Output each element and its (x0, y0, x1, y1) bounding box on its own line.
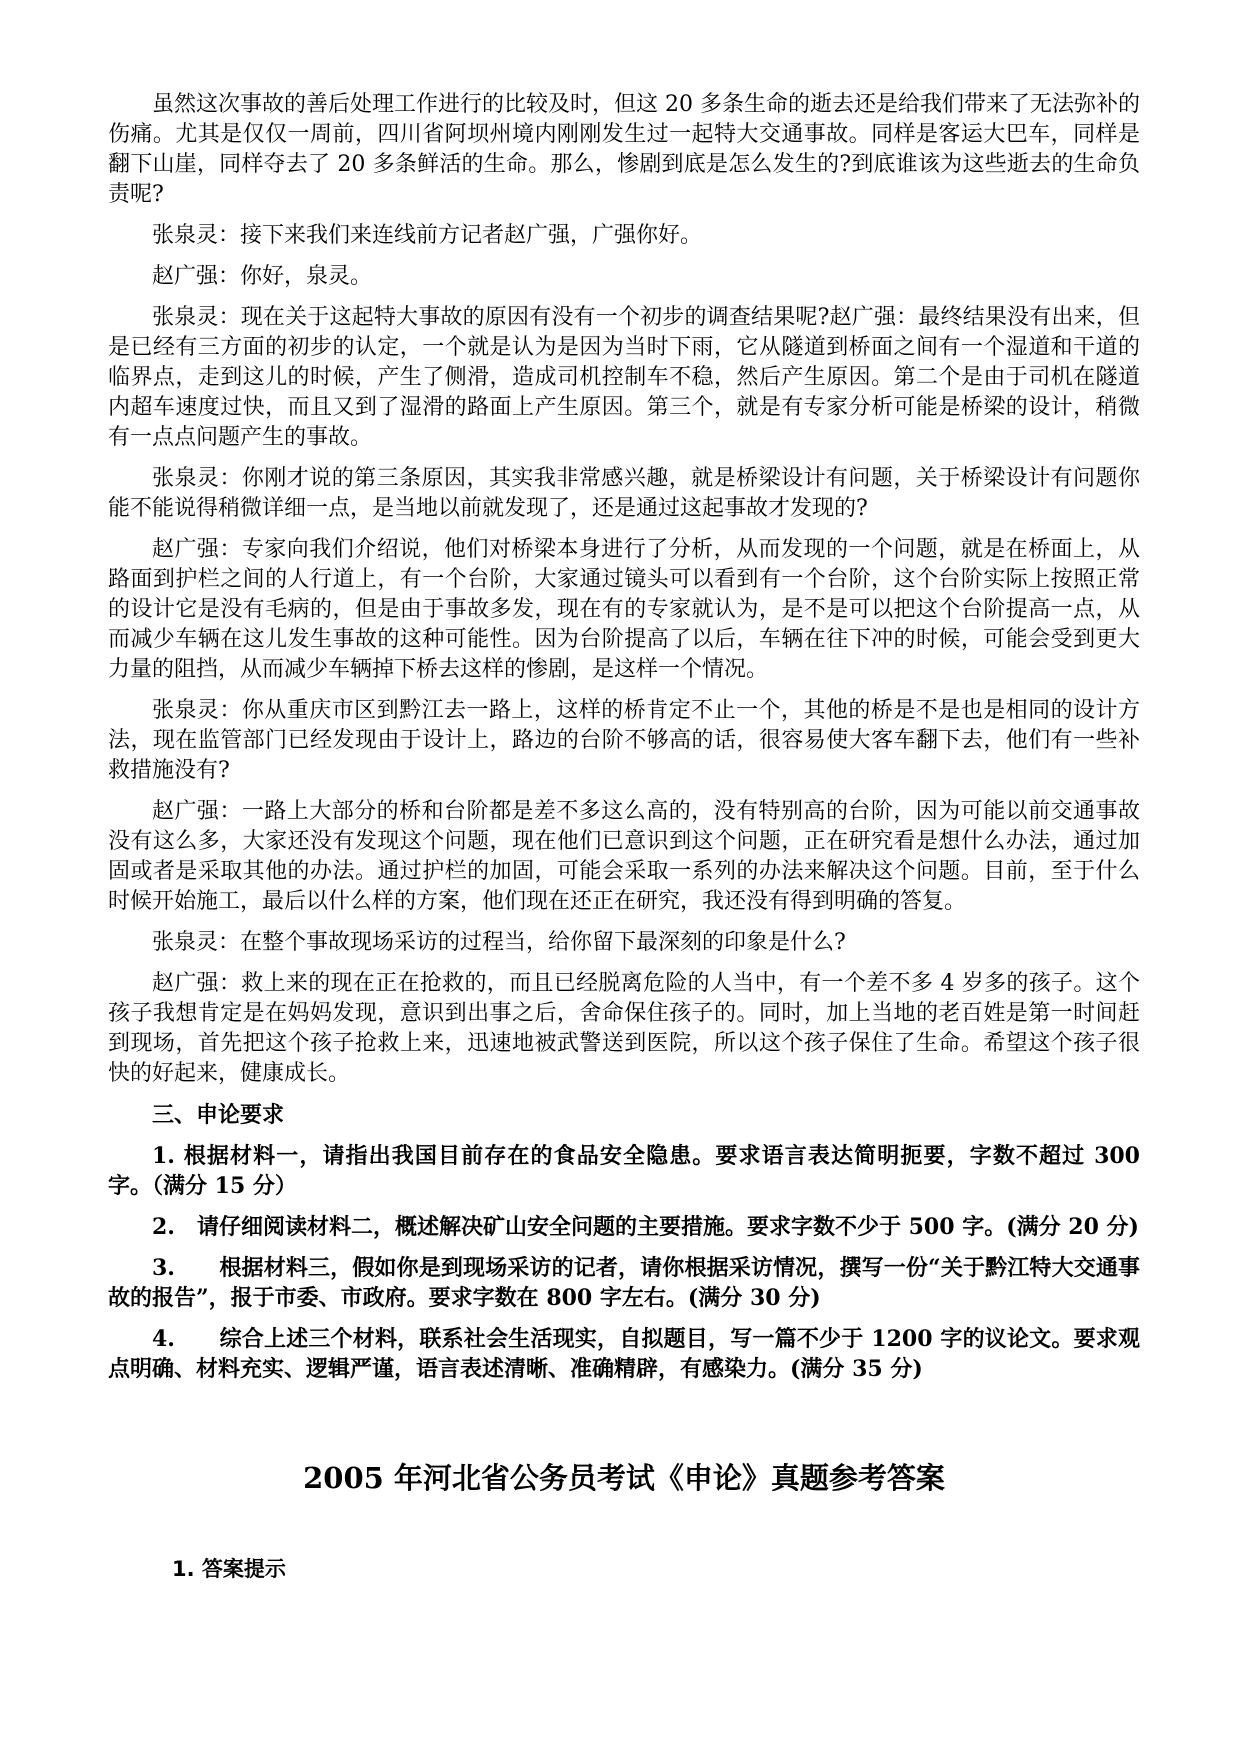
transcript-paragraph: 赵广强：救上来的现在正在抢救的，而且已经脱离危险的人当中，有一个差不多 4 岁多… (108, 969, 1140, 1089)
transcript-paragraph: 张泉灵：你从重庆市区到黔江去一路上，这样的桥肯定不止一个，其他的桥是不是也是相同… (108, 696, 1140, 786)
transcript-paragraph: 张泉灵：现在关于这起特大事故的原因有没有一个初步的调查结果呢?赵广强：最终结果没… (108, 303, 1140, 453)
answer-section-title: 2005 年河北省公务员考试《申论》真题参考答案 (108, 1458, 1140, 1498)
transcript-paragraph: 赵广强：你好，泉灵。 (108, 262, 1140, 292)
transcript-paragraph: 张泉灵：你刚才说的第三条原因，其实我非常感兴趣，就是桥梁设计有问题，关于桥梁设计… (108, 464, 1140, 524)
page-content: 虽然这次事故的善后处理工作进行的比较及时，但这 20 多条生命的逝去还是给我们带… (0, 0, 1240, 1583)
requirement-item: 2. 请仔细阅读材料二，概述解决矿山安全问题的主要措施。要求字数不少于 500 … (108, 1212, 1140, 1242)
requirements-heading: 三、申论要求 (108, 1100, 1140, 1130)
answer-hint-heading: 1. 答案提示 (172, 1555, 1140, 1583)
transcript-paragraph: 赵广强：专家向我们介绍说，他们对桥梁本身进行了分析，从而发现的一个问题，就是在桥… (108, 535, 1140, 685)
transcript-paragraph: 虽然这次事故的善后处理工作进行的比较及时，但这 20 多条生命的逝去还是给我们带… (108, 90, 1140, 210)
requirement-item: 3. 根据材料三，假如你是到现场采访的记者，请你根据采访情况，撰写一份“关于黔江… (108, 1253, 1140, 1313)
requirement-item: 4. 综合上述三个材料，联系社会生活现实，自拟题目，写一篇不少于 1200 字的… (108, 1324, 1140, 1384)
shenlun-requirements: 三、申论要求 1. 根据材料一，请指出我国目前存在的食品安全隐患。要求语言表达简… (108, 1100, 1140, 1384)
transcript-paragraph: 赵广强：一路上大部分的桥和台阶都是差不多这么高的，没有特别高的台阶，因为可能以前… (108, 797, 1140, 917)
requirement-item: 1. 根据材料一，请指出我国目前存在的食品安全隐患。要求语言表达简明扼要，字数不… (108, 1141, 1140, 1201)
material-transcript: 虽然这次事故的善后处理工作进行的比较及时，但这 20 多条生命的逝去还是给我们带… (108, 90, 1140, 1089)
document-page: 虽然这次事故的善后处理工作进行的比较及时，但这 20 多条生命的逝去还是给我们带… (0, 0, 1240, 1754)
transcript-paragraph: 张泉灵：接下来我们来连线前方记者赵广强，广强你好。 (108, 221, 1140, 251)
transcript-paragraph: 张泉灵：在整个事故现场采访的过程当，给你留下最深刻的印象是什么? (108, 928, 1140, 958)
